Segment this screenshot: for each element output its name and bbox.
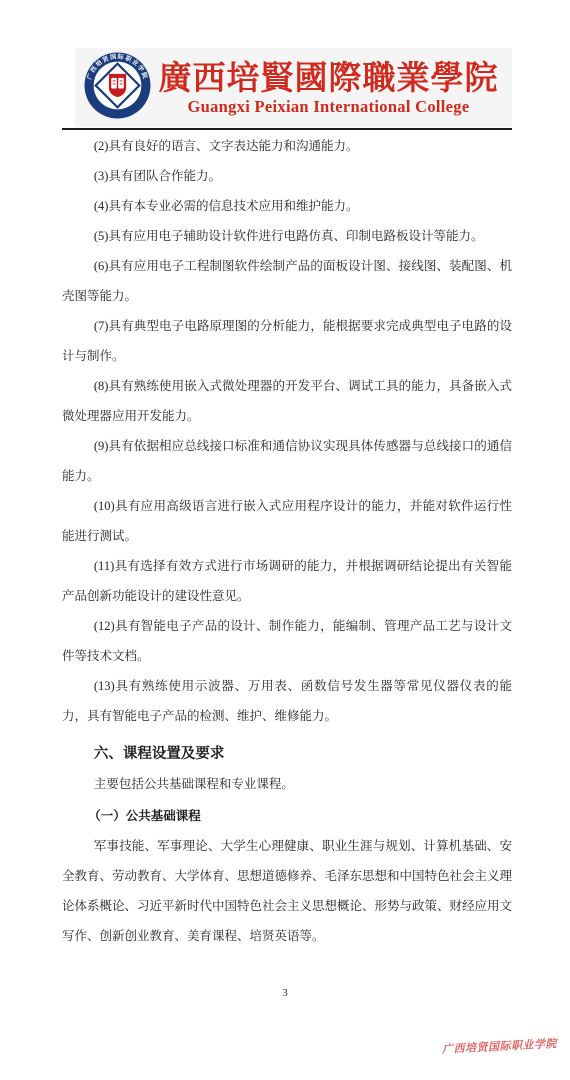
list-item-13: (13)具有熟练使用示波器、万用表、函数信号发生器等常见仪器仪表的能力，具有智能… — [62, 671, 512, 731]
college-name-english: Guangxi Peixian International College — [151, 98, 506, 116]
college-logo-icon: 广西培贤国际职业学院 GUANGXI PEIXIAN INTERNATIONAL… — [84, 52, 151, 119]
subsection-heading: （一）公共基础课程 — [62, 801, 512, 831]
college-logo: 广西培贤国际职业学院 GUANGXI PEIXIAN INTERNATIONAL… — [84, 52, 151, 124]
list-item-12: (12)具有智能电子产品的设计、制作能力，能编制、管理产品工艺与设计文件等技术文… — [62, 611, 512, 671]
list-item-7: (7)具有典型电子电路原理图的分析能力，能根据要求完成典型电子电路的设计与制作。 — [62, 311, 512, 371]
list-item-8: (8)具有熟练使用嵌入式微处理器的开发平台、调试工具的能力，具备嵌入式微处理器应… — [62, 371, 512, 431]
list-item-5: (5)具有应用电子辅助设计软件进行电路仿真、印制电路板设计等能力。 — [62, 221, 512, 251]
list-item-3: (3)具有团队合作能力。 — [62, 161, 512, 191]
header-divider — [62, 128, 512, 130]
page-number: 3 — [0, 987, 570, 999]
list-item-2: (2)具有良好的语言、文字表达能力和沟通能力。 — [62, 131, 512, 161]
list-item-6: (6)具有应用电子工程制图软件绘制产品的面板设计图、接线图、装配图、机壳图等能力… — [62, 251, 512, 311]
subsection-body: 军事技能、军事理论、大学生心理健康、职业生涯与规划、计算机基础、安全教育、劳动教… — [62, 831, 512, 951]
college-name-chinese: 廣西培賢國際職業學院 — [151, 60, 506, 98]
document-body: (2)具有良好的语言、文字表达能力和沟通能力。 (3)具有团队合作能力。 (4)… — [62, 131, 512, 951]
list-item-4: (4)具有本专业必需的信息技术应用和维护能力。 — [62, 191, 512, 221]
list-item-9: (9)具有依据相应总线接口标准和通信协议实现具体传感器与总线接口的通信能力。 — [62, 431, 512, 491]
watermark-signature: 广西培贤国际职业学院 — [442, 1035, 558, 1057]
document-page: 广西培贤国际职业学院 GUANGXI PEIXIAN INTERNATIONAL… — [0, 0, 570, 1080]
section-intro: 主要包括公共基础课程和专业课程。 — [62, 769, 512, 799]
list-item-11: (11)具有选择有效方式进行市场调研的能力，并根据调研结论提出有关智能产品创新功… — [62, 551, 512, 611]
list-item-10: (10)具有应用高级语言进行嵌入式应用程序设计的能力，并能对软件运行性能进行测试… — [62, 491, 512, 551]
college-header: 广西培贤国际职业学院 GUANGXI PEIXIAN INTERNATIONAL… — [75, 48, 512, 127]
section-heading: 六、课程设置及要求 — [62, 739, 512, 769]
college-titles: 廣西培賢國際職業學院 Guangxi Peixian International… — [151, 60, 512, 116]
